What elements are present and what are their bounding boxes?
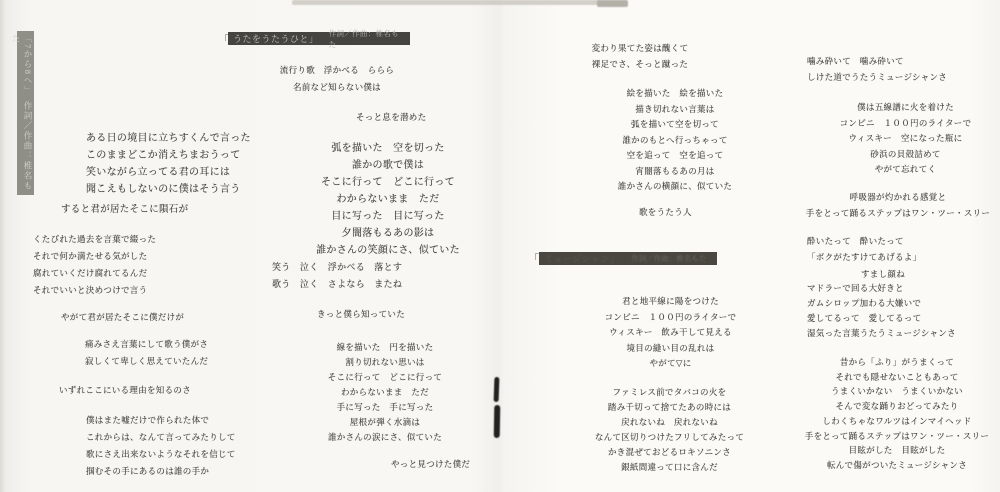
lyric-line: 歌う 泣く さよなら またね: [272, 276, 402, 293]
lyric-line: 屋根が弾く水滴は: [290, 415, 480, 430]
lyric-line: 誰かさんの笑顔にさ、似ていた: [293, 242, 483, 259]
lyric-line: しけた道でうたうミュージシャンさ: [807, 69, 947, 85]
lyric-line: 腐れていくだけ腐れてるんだ: [33, 265, 156, 282]
lyric-line: 目に写った 目に写った: [293, 208, 483, 225]
header-open-bracket: 「: [529, 250, 539, 265]
lyric-line: 手をとって踊るステップはワン・ツー・スリー: [772, 429, 1000, 444]
lyric-line: 「ボクがたすけてあげるよ」: [807, 249, 921, 265]
lyric-stanza: 流行り歌 浮かべる ららら名前など知らない僕は: [252, 62, 422, 96]
lyric-line: コンビニ １００円のライターで: [798, 116, 1000, 132]
song-credit: 作詞／作曲：椎名もた: [631, 253, 706, 264]
lyric-stanza: やがて君が居たそこに僕だけが: [61, 310, 184, 325]
lyric-line: 僕は五線譜に火を着けた: [798, 100, 1000, 116]
lyric-line: コンビニ １００円のライターで: [588, 310, 753, 326]
lyric-stanza: 絵を描いた 絵を描いた描き切れない言葉は弧を描いて空を切って誰かのもとへ行っちゃ…: [580, 86, 770, 195]
lyric-line: 誰かさんの横顔に、似ていた: [580, 179, 770, 195]
lyric-line: やがて▽に: [588, 356, 753, 372]
header-open-bracket: 「: [219, 31, 229, 46]
lyric-line: 僕はまた嘘だけで作られた体で: [86, 412, 236, 429]
lyric-stanza: 線を描いた 円を描いた割り切れない思いはそこに行って どこに行ってわからないまま…: [290, 340, 480, 445]
lyric-line: 呼吸器が灼かれる感覚と: [778, 189, 1000, 205]
lyric-line: 手をとって踊るステップはワン・ツー・スリー: [778, 205, 1000, 221]
lyric-line: 銀紙間違って口に含んだ: [552, 460, 787, 475]
lyric-stanza: 僕は五線譜に火を着けたコンビニ １００円のライターでウィスキー 空になった瓶に砂…: [798, 100, 1000, 178]
lyric-line: 酔いたって 酔いたって: [807, 233, 921, 249]
lyric-line: このままどこか消えちまおうって: [86, 147, 251, 164]
lyric-stanza: すまし顔ね: [861, 267, 905, 282]
song-title-bar: ミュージシャン」 作詞／作曲：椎名もた: [539, 252, 717, 265]
lyric-stanza: 笑う 泣く 浮かべる 落とす歌う 泣く さよなら またね: [272, 259, 402, 293]
lyric-line: 湿気った言葉うたうミュージシャンさ: [807, 326, 956, 341]
lyric-line: 砂浜の貝殻詰めて: [798, 147, 1000, 163]
lyric-line: 戻れないね 戻れないね: [552, 415, 787, 430]
lyric-line: 笑いながら立ってる君の耳には: [86, 164, 251, 181]
lyric-line: 弧を描いて空を切って: [580, 117, 770, 133]
lyric-line: ファミレス前でタバコの火を: [552, 385, 787, 400]
lyric-line: すまし顔ね: [861, 267, 905, 282]
lyric-line: 割り切れない思いは: [290, 355, 480, 370]
lyric-stanza: ファミレス前でタバコの火を踏み千切って捨てたあの時には戻れないね 戻れないねなん…: [552, 385, 787, 475]
lyric-line: 転んで傷がついたミュージシャンさ: [772, 458, 1000, 473]
lyric-stanza: 君と地平線に陽をつけたコンビニ １００円のライターでウィスキー 飲み干して見える…: [588, 294, 753, 372]
lyric-stanza: 歌をうたう人: [639, 205, 692, 220]
lyric-line: 目眩がした 目眩がした: [772, 443, 1000, 458]
lyric-stanza: 呼吸器が灼かれる感覚と手をとって踊るステップはワン・ツー・スリー: [778, 189, 1000, 221]
lyric-line: 宵闇落もるあの月は: [580, 164, 770, 180]
lyric-line: 描き切れない言葉は: [580, 102, 770, 118]
lyric-stanza: 弧を描いた 空を切った誰かの歌で僕はそこに行って どこに行ってわからないまま た…: [293, 140, 483, 259]
lyric-line: しわくちゃなワルツはインマイヘッド: [772, 414, 1000, 429]
lyric-line: そこに行って どこに行って: [290, 370, 480, 385]
lyric-line: 聞こえもしないのに僕はそう言う: [86, 181, 251, 198]
lyric-stanza: やっと見つけた僕だ: [391, 457, 470, 472]
lyric-stanza: きっと僕ら知っていた: [317, 307, 405, 322]
song-title-bar: うたをうたうひと」 作詞／作曲：椎名もた: [228, 32, 410, 45]
lyric-line: 名前など知らない僕は: [252, 79, 422, 96]
lyric-line: 空を追って 空を追って: [580, 148, 770, 164]
lyric-stanza: 昔から「ふり」がうまくってそれでも隠せないこともあってうまくいかない うまくいか…: [772, 355, 1000, 473]
lyric-stanza: いずれここにいる理由を知るのさ: [59, 383, 191, 398]
lyric-stanza: 変わり果てた姿は醜くて裸足でさ、そっと蹴った: [545, 40, 735, 72]
lyric-line: それでも隠せないこともあって: [772, 370, 1000, 385]
lyric-line: 流行り歌 浮かべる ららら: [252, 62, 422, 79]
lyric-stanza: 噛み砕いて 噛み砕いてしけた道でうたうミュージシャンさ: [807, 53, 947, 85]
lyric-line: 誰かの歌で僕は: [293, 157, 483, 174]
lyric-line: これからは、なんて言ってみたりして: [86, 429, 236, 446]
lyric-line: そっと息を潜めた: [356, 110, 426, 125]
lyric-line: 絵を描いた 絵を描いた: [580, 86, 770, 102]
song-title: うたをうたうひと」: [233, 32, 317, 45]
lyric-line: 踏み千切って捨てたあの時には: [552, 400, 787, 415]
lyric-stanza: マドラーで回る大好きとガムシロップ加わる大嫌いで愛してるって 愛してるって湿気っ…: [807, 281, 956, 341]
lyric-line: ウィスキー 飲み干して見える: [588, 325, 753, 341]
lyric-line: かき混ぜておどるロキソニンさ: [552, 445, 787, 460]
lyric-line: 掴むその手にあるのは誰の手か: [86, 463, 236, 480]
fold-ink-mark: [494, 405, 501, 438]
lyric-line: なんて区切りつけたフリしてみたって: [552, 430, 787, 445]
lyric-line: それでいいと決めつけで言う: [33, 282, 156, 299]
lyric-line: そこに行って どこに行って: [293, 174, 483, 191]
lyric-stanza: 痛みさえ言葉にして歌う僕がさ寂しくて卑しく思えていたんだ: [85, 336, 208, 370]
lyric-line: いずれここにいる理由を知るのさ: [59, 383, 191, 398]
lyric-line: やがて忘れてく: [798, 162, 1000, 178]
lyric-line: くたびれた過去を言葉で綴った: [33, 231, 156, 248]
lyric-line: わからないまま ただ: [293, 191, 483, 208]
booklet-spread: { "left_page": { "spine_label": { "text"…: [0, 0, 1000, 492]
lyric-line: 線を描いた 円を描いた: [290, 340, 480, 355]
scan-smudge-top: [292, 0, 600, 5]
lyric-stanza: 僕はまた嘘だけで作られた体でこれからは、なんて言ってみたりして歌にさえ出来ないよ…: [86, 412, 236, 480]
song-title: ミュージシャン」: [544, 252, 619, 265]
fold-ink-mark: [494, 377, 500, 402]
lyric-line: 噛み砕いて 噛み砕いて: [807, 53, 947, 69]
lyric-stanza: 酔いたって 酔いたって「ボクがたすけてあげるよ」: [807, 233, 921, 265]
lyric-line: わからないまま ただ: [290, 385, 480, 400]
lyric-stanza: すると君が居たそこに隕石が: [61, 203, 188, 218]
lyric-line: 誰かのもとへ行っちゃって: [580, 133, 770, 149]
lyric-line: 手に写った 手に写った: [290, 400, 480, 415]
lyric-line: ガムシロップ加わる大嫌いで: [807, 296, 956, 311]
lyric-line: すると君が居たそこに隕石が: [61, 203, 188, 218]
lyric-line: 誰かさんの涙にさ、似ていた: [290, 430, 480, 445]
lyric-stanza: そっと息を潜めた: [356, 110, 426, 125]
lyric-line: やがて君が居たそこに僕だけが: [61, 310, 184, 325]
lyric-line: 歌をうたう人: [639, 205, 692, 220]
lyric-line: 変わり果てた姿は醜くて: [545, 40, 735, 56]
lyric-line: そんで変な踊りおどってみたり: [772, 399, 1000, 414]
lyric-line: 愛してるって 愛してるって: [807, 311, 956, 326]
lyric-line: 裸足でさ、そっと蹴った: [545, 56, 735, 72]
spine-song-label: 「7から8へ」 作詞／作曲：椎名もた: [17, 31, 34, 195]
lyric-line: きっと僕ら知っていた: [317, 307, 405, 322]
lyric-line: 境目の縫い目の乱れは: [588, 341, 753, 357]
lyric-line: 痛みさえ言葉にして歌う僕がさ: [85, 336, 208, 353]
lyric-stanza: ある日の境目に立ちすくんで言ったこのままどこか消えちまおうって笑いながら立ってる…: [86, 130, 251, 198]
lyric-line: 君と地平線に陽をつけた: [588, 294, 753, 310]
lyric-line: やっと見つけた僕だ: [391, 457, 470, 472]
lyric-line: 笑う 泣く 浮かべる 落とす: [272, 259, 402, 276]
lyric-stanza: くたびれた過去を言葉で綴ったそれで何か満たせる気がした腐れていくだけ腐れてるんだ…: [33, 231, 156, 299]
lyric-line: ある日の境目に立ちすくんで言った: [86, 130, 251, 147]
lyric-line: それで何か満たせる気がした: [33, 248, 156, 265]
lyric-line: 夕闇落もるあの影は: [293, 225, 483, 242]
lyric-line: 弧を描いた 空を切った: [293, 140, 483, 157]
lyric-line: 寂しくて卑しく思えていたんだ: [85, 353, 208, 370]
lyric-line: うまくいかない うまくいかない: [772, 384, 1000, 399]
scan-smudge-top-dark: [597, 0, 628, 7]
song-credit: 作詞／作曲：椎名もた: [329, 28, 405, 50]
lyric-line: マドラーで回る大好きと: [807, 281, 956, 296]
lyric-line: 昔から「ふり」がうまくって: [772, 355, 1000, 370]
lyric-line: ウィスキー 空になった瓶に: [798, 131, 1000, 147]
lyric-line: 歌にさえ出来ないようなそれを信じて: [86, 446, 236, 463]
